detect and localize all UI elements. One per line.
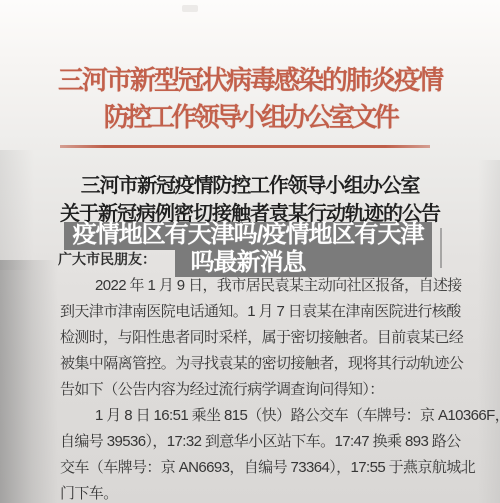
photo-shadow-left [0, 260, 58, 503]
letterhead-rule [60, 145, 430, 148]
letterhead: 三河市新型冠状病毒感染的肺炎疫情 防控工作领导小组办公室文件 [0, 62, 500, 135]
document-photo: 三河市新型冠状病毒感染的肺炎疫情 防控工作领导小组办公室文件 三河市新冠疫情防控… [0, 0, 500, 503]
document-body: 2022 年 1 月 9 日，我市居民袁某主动向社区报备，自述接 到天津市津南医… [60, 273, 456, 503]
photo-smudge [182, 5, 198, 12]
caption-line1: 疫情地区有天津吗/疫情地区有天津 [64, 221, 432, 249]
body-line: 被集中隔离管控。为寻找袁某的密切接触者，现将其行动轨迹公 [60, 351, 456, 377]
body-line: 1 月 8 日 16:51 乘坐 815（快）路公交车（车牌号：京 A10366… [60, 403, 456, 429]
document-title-line1: 三河市新冠疫情防控工作领导小组办公室 [0, 172, 500, 200]
body-line: 检测时，与阳性患者同时采样，属于密切接触者。目前袁某已经 [60, 325, 456, 351]
body-line: 自编号 39536），17:32 到意华小区站下车。17:47 换乘 893 路… [60, 429, 456, 455]
document-title: 三河市新冠疫情防控工作领导小组办公室 关于新冠病例密切接触者袁某行动轨迹的公告 [0, 172, 500, 228]
paper-crease [440, 228, 442, 268]
body-line: 门下车。 [60, 481, 456, 503]
body-line: 2022 年 1 月 9 日，我市居民袁某主动向社区报备，自述接 [60, 273, 456, 299]
letterhead-line2: 防控工作领导小组办公室文件 [0, 99, 500, 135]
letterhead-line1: 三河市新型冠状病毒感染的肺炎疫情 [0, 62, 500, 99]
body-line: 到天津市津南医院电话通知。1 月 7 日袁某在津南医院进行核酸 [60, 299, 456, 325]
body-line: 告如下（公告内容为经过流行病学调查询问得知）： [60, 377, 456, 403]
salutation: 广大市民朋友： [58, 249, 188, 269]
body-line: 交车（车牌号：京 AN6693，自编号 73364），17:55 于燕京航城北 [60, 455, 456, 481]
